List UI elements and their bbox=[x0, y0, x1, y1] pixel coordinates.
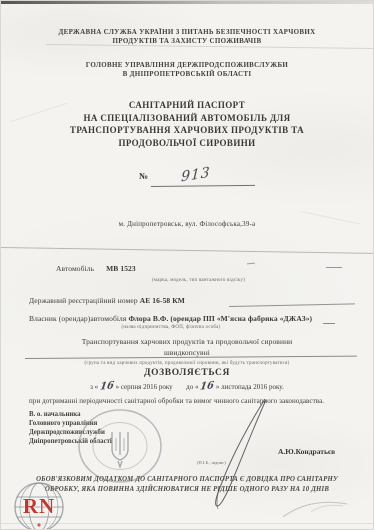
owner-label: Власник (орендар)автомобіля bbox=[29, 314, 126, 323]
title-line-4: ПРОДОВОЛЬЧОЇ СИРОВИНИ bbox=[1, 137, 373, 150]
stray-dash-right bbox=[326, 267, 342, 268]
signature bbox=[199, 393, 284, 513]
stamp-circle bbox=[77, 408, 163, 484]
vehicle-value: МВ 1523 bbox=[106, 264, 136, 273]
document-number: № 913 bbox=[139, 167, 210, 183]
agency-name: ДЕРЖАВНА СЛУЖБА УКРАЇНИ З ПИТАНЬ БЕЗПЕЧН… bbox=[1, 28, 373, 46]
scanned-document-page: ДЕРЖАВНА СЛУЖБА УКРАЇНИ З ПИТАНЬ БЕЗПЕЧН… bbox=[0, 0, 374, 530]
vehicle-caption: (марка, модель, тип вантажного відсіку) bbox=[131, 278, 266, 283]
transport-line: Транспортування харчових продуктів та пр… bbox=[1, 337, 373, 346]
permit-dates: з « 16 » серпня 2016 року до « 16 » лист… bbox=[1, 381, 373, 392]
registration-row: Державний реєстраційний номер АЕ 16-58 К… bbox=[29, 296, 185, 305]
number-value-handwritten: 913 bbox=[180, 165, 210, 186]
document-title: САНІТАРНИЙ ПАСПОРТ НА СПЕЦІАЛІЗОВАНИЙ АВ… bbox=[1, 99, 373, 149]
trident-icon bbox=[112, 432, 128, 467]
title-line-2: НА СПЕЦІАЛІЗОВАНИЙ АВТОМОБІЛЬ ДЛЯ bbox=[1, 112, 373, 125]
owner-caption: (назва підприємства, ФОП, фізична особа) bbox=[91, 325, 251, 330]
pen-swirl-mark bbox=[281, 497, 351, 522]
crease-line-middle bbox=[1, 247, 374, 254]
title-line-3: ТРАНСПОРТУВАННЯ ХАРЧОВИХ ПРОДУКТІВ ТА bbox=[1, 124, 373, 137]
vehicle-label: Автомобіль bbox=[56, 264, 94, 273]
signer-name: А.Ю.Кондратьєв bbox=[278, 447, 335, 456]
owner-trailing-line bbox=[323, 323, 335, 324]
vehicle-row: Автомобіль МВ 1523 bbox=[56, 264, 136, 273]
watermark-logo: RN bbox=[12, 481, 66, 530]
registration-underline bbox=[229, 303, 355, 307]
registration-value: АЕ 16-58 КМ bbox=[140, 296, 185, 305]
permit-to-prefix: до « bbox=[186, 383, 198, 391]
official-stamp bbox=[77, 408, 163, 484]
department-line-2: В ДНІПРОПЕТРОВСЬКІЙ ОБЛАСТІ bbox=[1, 70, 373, 79]
permit-to-suffix: » листопада 2016 року. bbox=[216, 383, 284, 391]
permit-from-suffix: » серпня 2016 року bbox=[116, 383, 173, 391]
number-label: № bbox=[139, 171, 148, 181]
department-line-1: ГОЛОВНЕ УПРАВЛІННЯ ДЕРЖПРОДСПОЖИВСЛУЖБИ bbox=[1, 61, 373, 70]
scan-top-edge bbox=[1, 1, 373, 4]
department-name: ГОЛОВНЕ УПРАВЛІННЯ ДЕРЖПРОДСПОЖИВСЛУЖБИ … bbox=[1, 61, 373, 79]
registration-label: Державний реєстраційний номер bbox=[29, 296, 138, 305]
address: м. Дніпропетровськ, вул. Філософська,39-… bbox=[1, 220, 373, 228]
number-underline bbox=[151, 185, 255, 187]
owner-row: Власник (орендар)автомобіля Флора В.Ф. (… bbox=[29, 314, 312, 323]
transport-caption: (група та вид харчових продуктів, продов… bbox=[1, 361, 373, 366]
signature-caption: (П.І.Б., підпис) bbox=[197, 460, 226, 465]
permit-from-day-handwritten: 16 bbox=[99, 380, 114, 393]
permit-to-day-handwritten: 16 bbox=[199, 380, 214, 393]
owner-value: Флора В.Ф. (орендар ПП «М'ясна фабрика «… bbox=[128, 314, 312, 323]
permit-heading: ДОЗВОЛЯЄТЬСЯ bbox=[1, 368, 373, 378]
title-line-1: САНІТАРНИЙ ПАСПОРТ bbox=[1, 99, 373, 112]
stray-dash-center bbox=[247, 263, 255, 265]
watermark-text: RN bbox=[12, 494, 66, 519]
agency-line-2: ПРОДУКТІВ ТА ЗАХИСТУ СПОЖИВАЧІВ bbox=[1, 37, 373, 46]
agency-line-1: ДЕРЖАВНА СЛУЖБА УКРАЇНИ З ПИТАНЬ БЕЗПЕЧН… bbox=[1, 28, 373, 37]
permit-from-prefix: з « bbox=[90, 383, 98, 391]
